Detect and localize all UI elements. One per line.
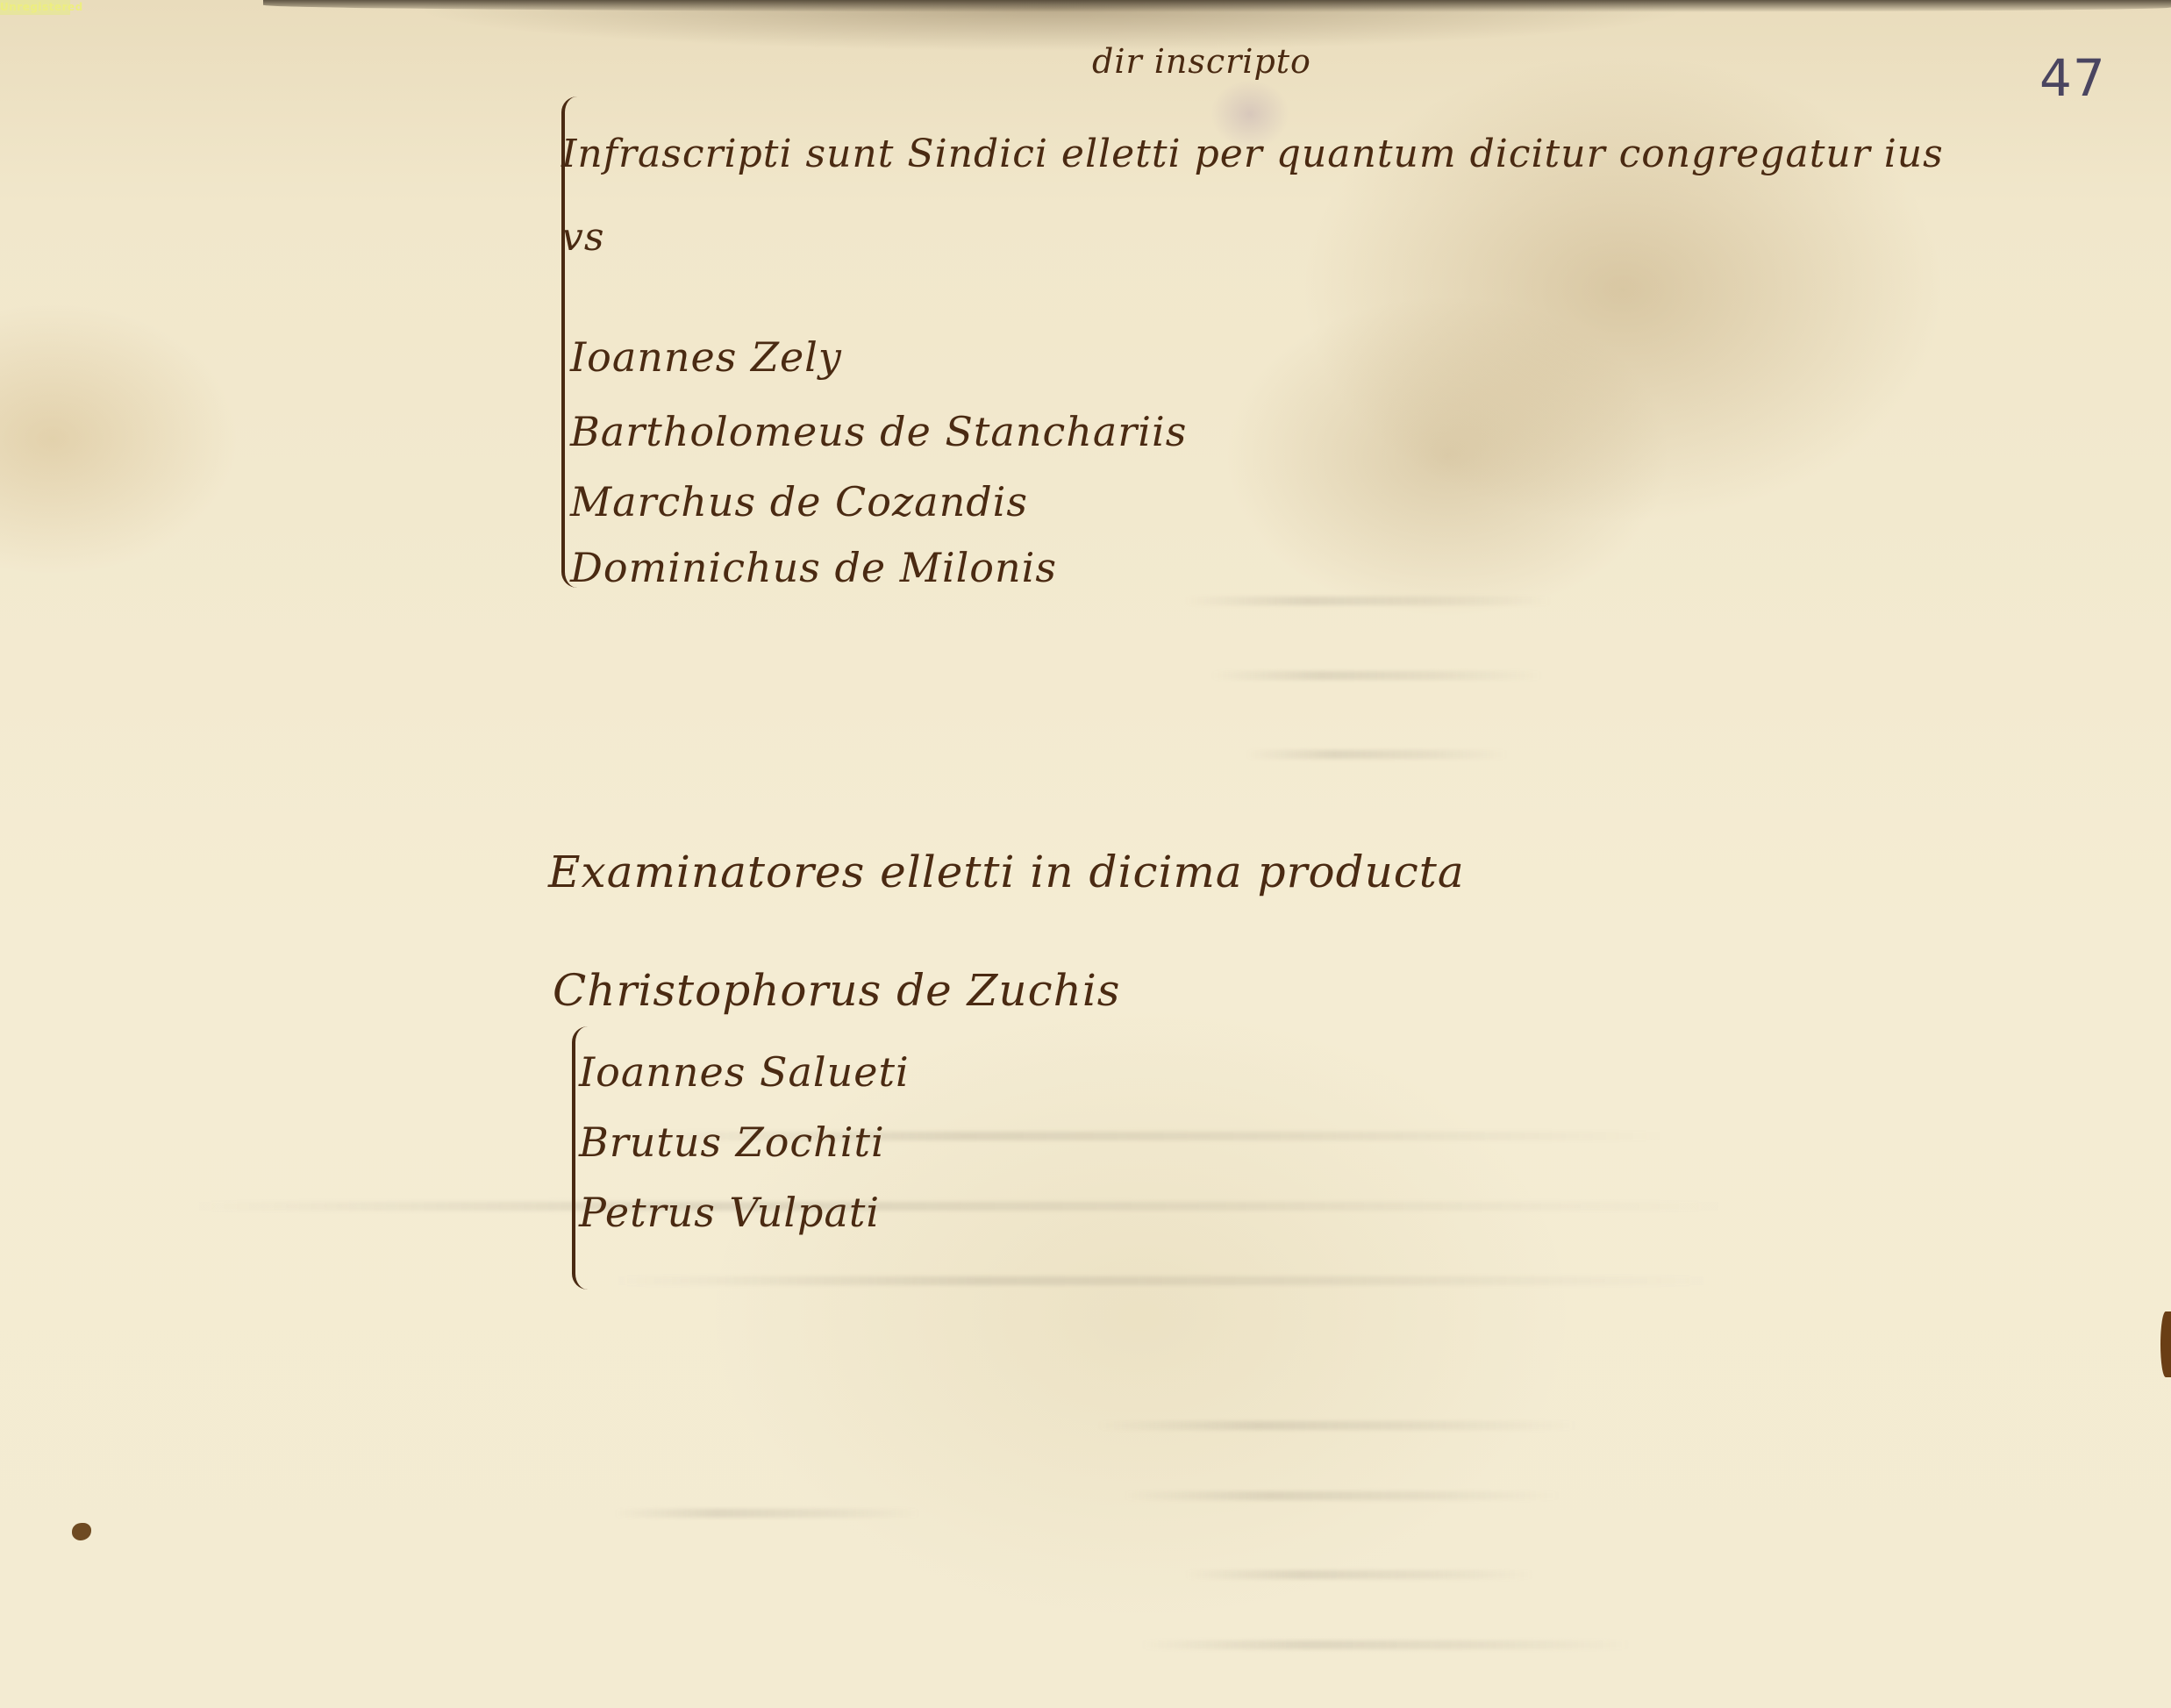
bleed-through-line [1184,1570,1535,1579]
manuscript-page: Unregistered 47 dir inscripto Infrascrip… [0,0,2171,1708]
list-item: Marchus de Cozandis [570,478,1028,525]
list-item: Dominichus de Milonis [570,544,1057,591]
unregistered-watermark: Unregistered [0,0,70,15]
paper-stain [72,1523,91,1540]
list-item: Bartholomeus de Stanchariis [570,408,1187,455]
list-item: Petrus Vulpati [579,1189,880,1236]
list-item: Ioannes Salueti [579,1048,910,1096]
bleed-through-line [1184,597,1553,605]
section1-intro: Infrascripti sunt Sindici elletti per qu… [561,132,1944,176]
torn-top-edge [263,0,2171,12]
bleed-through-line [1123,1491,1561,1500]
bleed-through-line [1140,1640,1632,1649]
bleed-through-line [614,1276,1710,1285]
bleed-through-line [193,1202,1728,1211]
header-note: dir inscripto [1092,42,1311,81]
list-item: Christophorus de Zuchis [553,965,1120,1016]
list-item: Ioannes Zely [570,333,842,381]
bleed-through-line [1210,671,1544,680]
paper-edge-stain [2160,1311,2171,1377]
bleed-through-line [1096,1421,1579,1430]
bleed-through-line [1246,750,1509,759]
section1-intro-cont: vs [561,215,604,260]
section2-heading: Examinatores elletti in dicima producta [548,847,1465,897]
list-item: Brutus Zochiti [579,1118,885,1166]
bleed-through-line [614,1509,921,1518]
folio-number: 47 [2039,48,2106,108]
